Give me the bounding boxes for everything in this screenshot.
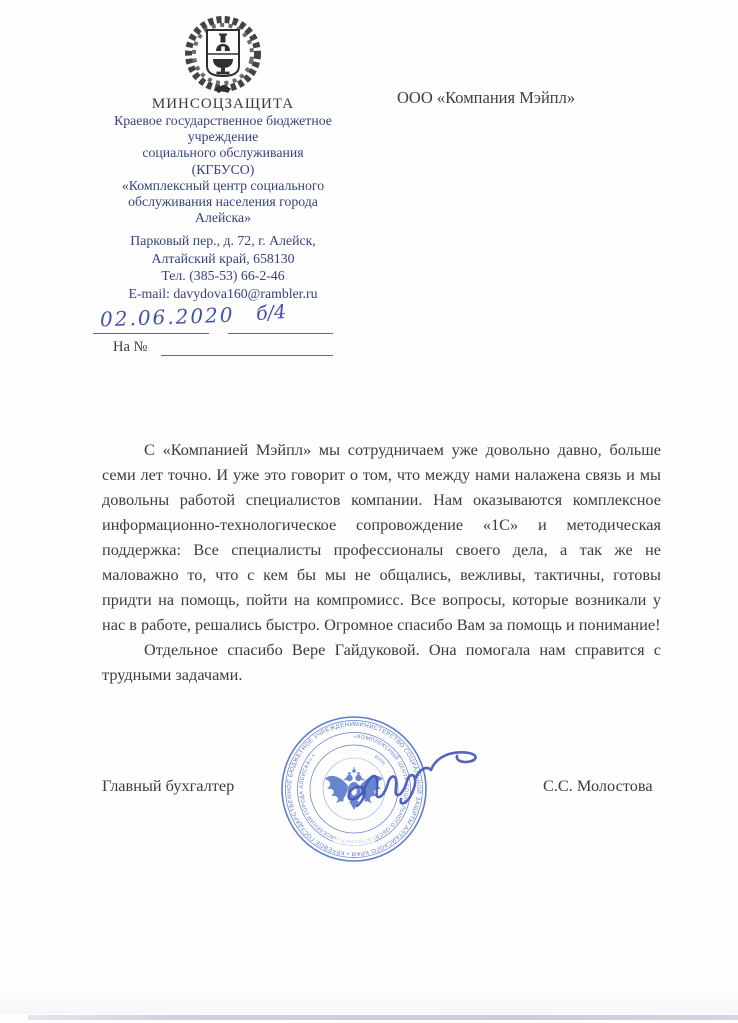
org-name-line: «Комплексный центр социального: [75, 178, 371, 194]
coat-of-arms-icon: [171, 13, 275, 95]
letterhead: МИНСОЦЗАЩИТА Краевое государственное бюд…: [75, 13, 371, 302]
na-no-label: На №: [113, 339, 147, 356]
org-name-line: обслуживания населения города: [75, 194, 371, 210]
recipient-name: ООО «Компания Мэйпл»: [397, 88, 575, 108]
org-name-line: социального обслуживания: [75, 145, 371, 161]
ministry-name: МИНСОЦЗАЩИТА: [75, 95, 371, 113]
number-line: [228, 333, 333, 334]
org-name: Краевое государственное бюджетное учрежд…: [75, 113, 371, 226]
handwritten-date: 02.06.2020: [100, 303, 235, 332]
official-stamp: МИНИСТЕРСТВО СОЦИАЛЬНОЙ ЗАЩИТЫ АЛТАЙСКОГ…: [276, 710, 506, 875]
scan-edge-artifact: [28, 1015, 738, 1020]
handwritten-number: б/4: [255, 301, 287, 326]
letter-body: С «Компанией Мэйпл» мы сотрудничаем уже …: [102, 437, 661, 687]
scan-shadow-artifact: [0, 986, 738, 1014]
date-line: [93, 333, 209, 334]
signer-position: Главный бухгалтер: [102, 776, 234, 796]
body-paragraph-2: Отдельное спасибо Вере Гайдуковой. Она п…: [102, 637, 661, 687]
phone-line: Тел. (385-53) 66-2-46: [75, 267, 371, 284]
body-paragraph-1: С «Компанией Мэйпл» мы сотрудничаем уже …: [102, 437, 661, 637]
email-line: E-mail: davydova160@rambler.ru: [75, 285, 371, 302]
org-name-line: Краевое государственное бюджетное: [75, 113, 371, 129]
address-line: Алтайский край, 658130: [75, 250, 371, 267]
org-name-line: (КГБУСО): [75, 162, 371, 178]
contact-block: Парковый пер., д. 72, г. Алейск, Алтайск…: [75, 232, 371, 302]
document-page: МИНСОЦЗАЩИТА Краевое государственное бюд…: [0, 0, 738, 1023]
org-name-line: учреждение: [75, 129, 371, 145]
org-name-line: Алейска»: [75, 210, 371, 226]
signer-name: С.С. Молостова: [543, 776, 653, 796]
na-no-line: [161, 355, 333, 356]
address-line: Парковый пер., д. 72, г. Алейск,: [75, 232, 371, 249]
